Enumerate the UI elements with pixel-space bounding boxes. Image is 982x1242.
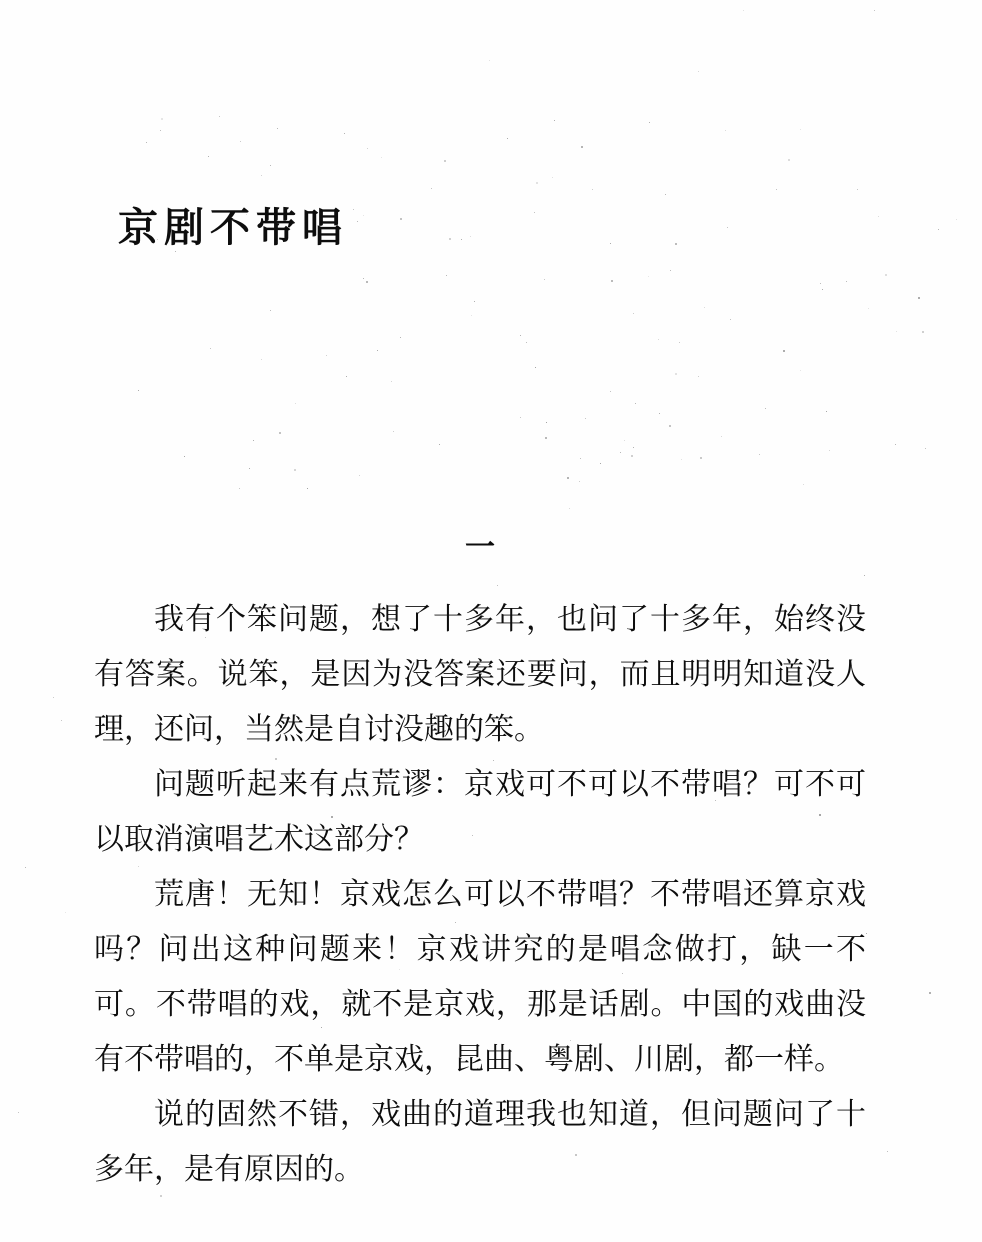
body-text: 我有个笨问题，想了十多年，也问了十多年，始终没有答案。说笨，是因为没答案还要问，…: [94, 592, 866, 1197]
paragraph: 我有个笨问题，想了十多年，也问了十多年，始终没有答案。说笨，是因为没答案还要问，…: [94, 592, 866, 757]
scanned-book-page: 京剧不带唱 一 我有个笨问题，想了十多年，也问了十多年，始终没有答案。说笨，是因…: [0, 0, 982, 1242]
paragraph: 荒唐！无知！京戏怎么可以不带唱？不带唱还算京戏吗？问出这种问题来！京戏讲究的是唱…: [94, 867, 866, 1087]
section-divider: 一: [94, 523, 866, 573]
paragraph: 问题听起来有点荒谬：京戏可不可以不带唱？可不可以取消演唱艺术这部分？: [94, 757, 866, 867]
paragraph: 说的固然不错，戏曲的道理我也知道，但问题问了十多年，是有原因的。: [94, 1087, 866, 1197]
page-title: 京剧不带唱: [118, 202, 348, 254]
